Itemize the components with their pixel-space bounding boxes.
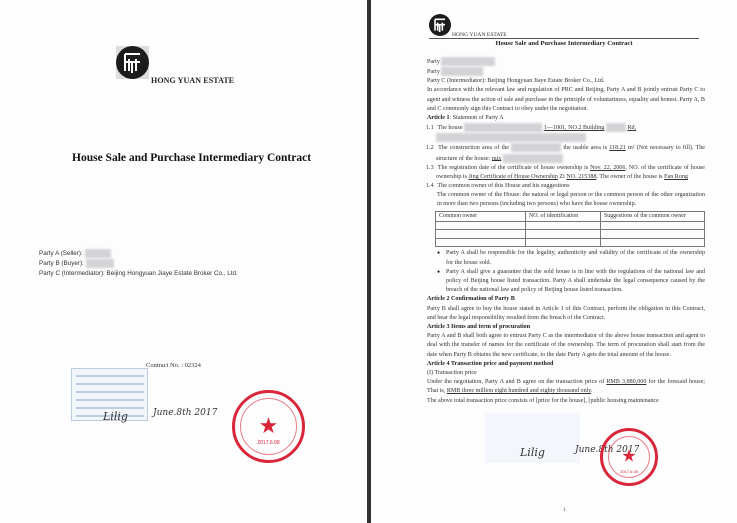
article-3-heading: Article 3 Items and term of procuration bbox=[427, 323, 705, 332]
contract-number: Contract No. : 02324 bbox=[146, 362, 201, 369]
section-1-4-body: The common owner of the House: the natur… bbox=[427, 191, 705, 209]
star-icon: ★ bbox=[621, 448, 636, 465]
hong-yuan-logo-icon bbox=[116, 46, 149, 79]
party-b-line: Party B (Buyer): bbox=[39, 259, 238, 269]
contract-title: House Sale and Purchase Intermediary Con… bbox=[72, 152, 311, 164]
star-icon: ★ bbox=[259, 414, 279, 436]
signature-name: Lilig bbox=[103, 410, 128, 423]
list-item: Party A shall give a guarantee that the … bbox=[437, 268, 705, 296]
price-in-words: RMB three million eight hundred and eigh… bbox=[447, 388, 591, 394]
party-b-line: Party bbox=[427, 67, 705, 77]
article-3-body: Party A and B shall both agree to entrus… bbox=[427, 332, 705, 360]
section-1-1: 1.1 The house 1—1001, NO.2 Building Rd, bbox=[427, 123, 705, 143]
transaction-price-body: Under the negotiation, Party A and B agr… bbox=[427, 378, 705, 396]
party-c-line: Party C (Intermediator): Beijing Hongyua… bbox=[427, 77, 705, 86]
contract-body: Party Party Party C (Intermediator): Bei… bbox=[427, 57, 705, 406]
party-a-redacted bbox=[85, 249, 111, 258]
seal-date: 2017.6.08 bbox=[603, 469, 655, 474]
party-a-redacted bbox=[441, 57, 495, 66]
party-b-label: Party B (Buyer): bbox=[39, 260, 84, 267]
table-row bbox=[436, 221, 705, 230]
owner-name: Fan Rong bbox=[664, 174, 688, 180]
article-2-heading: Article 2 Confirmation of Party B bbox=[427, 295, 705, 304]
usable-area: 118.21 bbox=[609, 145, 626, 151]
party-c-value: Beijing Hongyuan Jiaye Estate Broker Co.… bbox=[107, 270, 238, 277]
cover-page: HONG YUAN ESTATE House Sale and Purchase… bbox=[0, 0, 367, 523]
section-1-2: 1.2 The construction area of the the usa… bbox=[427, 143, 705, 163]
article-1-heading: Article 1: Statement of Party A bbox=[427, 114, 705, 123]
certificate-number: NO. 215388 bbox=[566, 174, 596, 180]
header-rule bbox=[429, 38, 699, 39]
company-seal: ★ 2017.6.08 bbox=[232, 390, 305, 463]
brand-name: HONG YUAN ESTATE bbox=[151, 76, 234, 85]
article-2-body: Party B shall agree to buy the house sta… bbox=[427, 305, 705, 323]
hong-yuan-logo-icon bbox=[429, 14, 451, 36]
party-list: Party A (Seller): Party B (Buyer): Party… bbox=[39, 249, 238, 279]
party-a-label: Party A (Seller): bbox=[39, 250, 83, 257]
table-header-row: Common owner NO. of identification Sugge… bbox=[436, 211, 705, 221]
company-logo bbox=[116, 46, 149, 79]
page-number: 1 bbox=[563, 508, 566, 513]
party-c-line: Party C (Intermediator): Beijing Hongyua… bbox=[39, 269, 238, 279]
section-1-3: 1.3 The registration date of the certifi… bbox=[427, 164, 705, 182]
party-b-redacted bbox=[86, 259, 114, 268]
seal-date: 2017.6.08 bbox=[235, 440, 302, 446]
common-owner-table: Common owner NO. of identification Sugge… bbox=[435, 211, 705, 248]
company-logo-small bbox=[429, 14, 451, 36]
price-composition: The above total transaction price consis… bbox=[427, 397, 705, 406]
registration-date: Nov. 22, 2006 bbox=[590, 165, 625, 171]
company-seal: ★ 2017.6.08 bbox=[600, 428, 658, 486]
signature-name: Lilig bbox=[520, 446, 545, 459]
party-c-label: Party C (Intermediator): bbox=[39, 270, 105, 277]
contract-number-value: 02324 bbox=[185, 362, 201, 369]
transaction-price-subheading: (I) Transaction price bbox=[427, 369, 705, 378]
party-a-line: Party A (Seller): bbox=[39, 249, 238, 259]
table-row bbox=[436, 238, 705, 247]
section-1-4: 1.4 The common owner of this House and h… bbox=[427, 182, 705, 191]
price-amount: RMB 3,880,000 bbox=[606, 379, 646, 385]
table-row bbox=[436, 230, 705, 239]
party-b-redacted bbox=[441, 67, 483, 76]
article-4-heading: Article 4 Transaction price and payment … bbox=[427, 360, 705, 369]
list-item: Party A shall be responsible for the leg… bbox=[437, 249, 705, 267]
party-a-line: Party bbox=[427, 57, 705, 67]
intro-paragraph: In accordance with the relevant law and … bbox=[427, 86, 705, 114]
contract-title-header: House Sale and Purchase Intermediary Con… bbox=[420, 40, 708, 47]
party-a-obligations: Party A shall be responsible for the leg… bbox=[437, 249, 705, 295]
signature-date: June.8th 2017 bbox=[153, 408, 217, 418]
